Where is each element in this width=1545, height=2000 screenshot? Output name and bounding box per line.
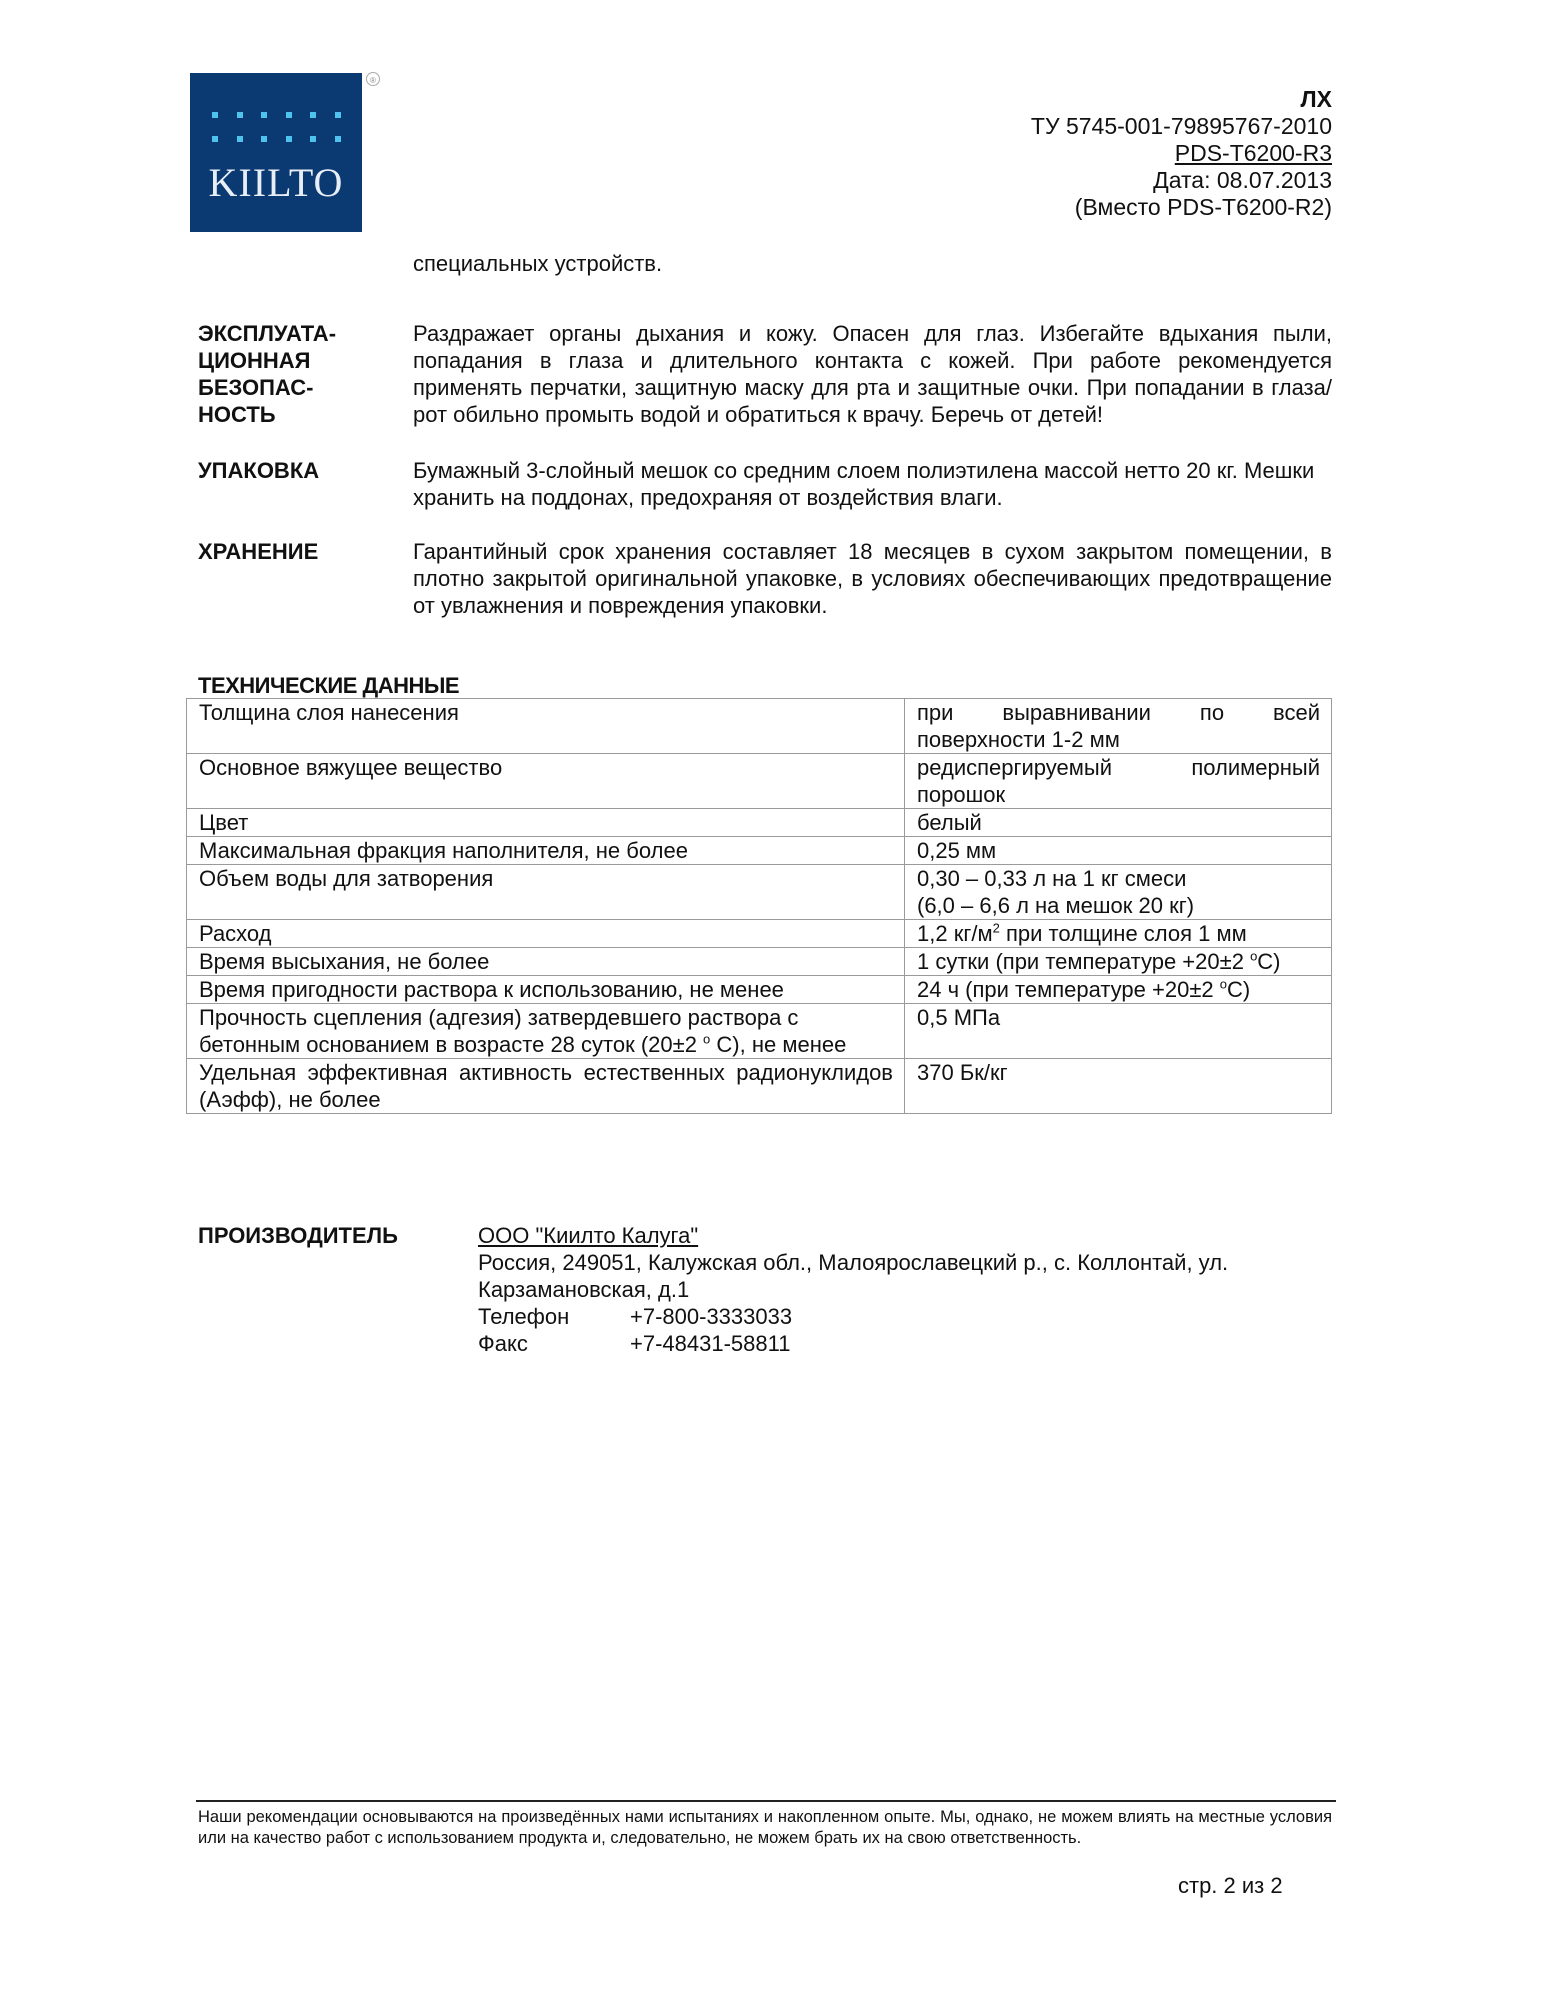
value-cell: 24 ч (при температуре +20±2 oC)	[905, 976, 1332, 1004]
logo-dot	[310, 136, 316, 142]
section-label-safety: ЭКСПЛУАТА- ЦИОННАЯ БЕЗОПАС- НОСТЬ	[198, 320, 336, 428]
logo-dot	[261, 112, 267, 118]
document-date: Дата: 08.07.2013	[1031, 167, 1332, 194]
logo-dot	[212, 136, 218, 142]
logo-dot	[286, 136, 292, 142]
value-cell: 0,5 МПа	[905, 1004, 1332, 1059]
logo-dot	[261, 136, 267, 142]
producer-address-line2: Карзамановская, д.1	[478, 1276, 1228, 1303]
producer-address-line1: Россия, 249051, Калужская обл., Малоярос…	[478, 1249, 1228, 1276]
parameter-cell: Толщина слоя нанесения	[187, 699, 905, 754]
section-text-storage: Гарантийный срок хранения составляет 18 …	[413, 538, 1332, 619]
logo-dot	[212, 112, 218, 118]
parameter-cell: Время высыхания, не более	[187, 948, 905, 976]
phone-value: +7-800-3333033	[630, 1303, 792, 1330]
parameter-cell: Основное вяжущее вещество	[187, 754, 905, 809]
document-id: PDS-T6200-R3	[1031, 140, 1332, 167]
table-row: Основное вяжущее вещество редиспергируем…	[187, 754, 1332, 809]
value-cell: 0,30 – 0,33 л на 1 кг смеси (6,0 – 6,6 л…	[905, 865, 1332, 920]
producer-phone: Телефон +7-800-3333033	[478, 1303, 1228, 1330]
section-text-packaging: Бумажный 3-слойный мешок со средним слое…	[413, 457, 1332, 511]
parameter-cell: Объем воды для затворения	[187, 865, 905, 920]
table-row: Расход 1,2 кг/м2 при толщине слоя 1 мм	[187, 920, 1332, 948]
logo-dot	[335, 136, 341, 142]
logo-dots	[190, 73, 362, 232]
parameter-cell: Цвет	[187, 809, 905, 837]
fax-label: Факс	[478, 1330, 630, 1357]
table-row: Максимальная фракция наполнителя, не бол…	[187, 837, 1332, 865]
producer-fax: Факс +7-48431-58811	[478, 1330, 1228, 1357]
page-number: стр. 2 из 2	[1178, 1873, 1283, 1899]
value-cell: 370 Бк/кг	[905, 1059, 1332, 1114]
value-cell: 1,2 кг/м2 при толщине слоя 1 мм	[905, 920, 1332, 948]
technical-data-table: Толщина слоя нанесения при выравнивании …	[186, 698, 1332, 1114]
parameter-cell: Расход	[187, 920, 905, 948]
table-row: Время высыхания, не более 1 сутки (при т…	[187, 948, 1332, 976]
registered-mark-icon: ®	[366, 72, 380, 86]
logo-dot	[286, 112, 292, 118]
parameter-cell: Прочность сцепления (адгезия) затвердевш…	[187, 1004, 905, 1059]
document-header: ЛХ ТУ 5745-001-79895767-2010 PDS-T6200-R…	[1031, 86, 1332, 221]
logo-dot	[237, 112, 243, 118]
table-row: Толщина слоя нанесения при выравнивании …	[187, 699, 1332, 754]
table-row: Время пригодности раствора к использован…	[187, 976, 1332, 1004]
value-cell: белый	[905, 809, 1332, 837]
logo-dot	[237, 136, 243, 142]
product-code: ЛХ	[1031, 86, 1332, 113]
producer-details: ООО "Киилто Калуга" Россия, 249051, Калу…	[478, 1222, 1228, 1357]
logo-dot	[335, 112, 341, 118]
section-text-safety: Раздражает органы дыхания и кожу. Опасен…	[413, 320, 1332, 428]
producer-label: ПРОИЗВОДИТЕЛЬ	[198, 1222, 398, 1249]
value-cell: при выравнивании по всей поверхности 1-2…	[905, 699, 1332, 754]
technical-data-title: ТЕХНИЧЕСКИЕ ДАННЫЕ	[198, 673, 459, 699]
producer-company-link[interactable]: ООО "Киилто Калуга"	[478, 1222, 1228, 1249]
value-cell: редиспергируемый полимерный порошок	[905, 754, 1332, 809]
logo-wordmark: KIILTO	[190, 159, 362, 206]
value-cell: 1 сутки (при температуре +20±2 oC)	[905, 948, 1332, 976]
section-label-storage: ХРАНЕНИЕ	[198, 538, 318, 565]
logo-dot	[310, 112, 316, 118]
table-row: Объем воды для затворения 0,30 – 0,33 л …	[187, 865, 1332, 920]
phone-label: Телефон	[478, 1303, 630, 1330]
parameter-cell: Удельная эффективная активность естестве…	[187, 1059, 905, 1114]
parameter-cell: Время пригодности раствора к использован…	[187, 976, 905, 1004]
value-cell: 0,25 мм	[905, 837, 1332, 865]
footer-disclaimer: Наши рекомендации основываются на произв…	[198, 1807, 1332, 1849]
kiilto-logo: KIILTO	[190, 73, 362, 232]
parameter-cell: Максимальная фракция наполнителя, не бол…	[187, 837, 905, 865]
standard-number: ТУ 5745-001-79895767-2010	[1031, 113, 1332, 140]
replaces-note: (Вместо PDS-T6200-R2)	[1031, 194, 1332, 221]
table-row: Прочность сцепления (адгезия) затвердевш…	[187, 1004, 1332, 1059]
table-row: Удельная эффективная активность естестве…	[187, 1059, 1332, 1114]
table-row: Цвет белый	[187, 809, 1332, 837]
section-label-packaging: УПАКОВКА	[198, 457, 319, 484]
footer-divider	[196, 1800, 1336, 1802]
continuation-text: специальных устройств.	[413, 250, 662, 277]
fax-value: +7-48431-58811	[630, 1330, 790, 1357]
